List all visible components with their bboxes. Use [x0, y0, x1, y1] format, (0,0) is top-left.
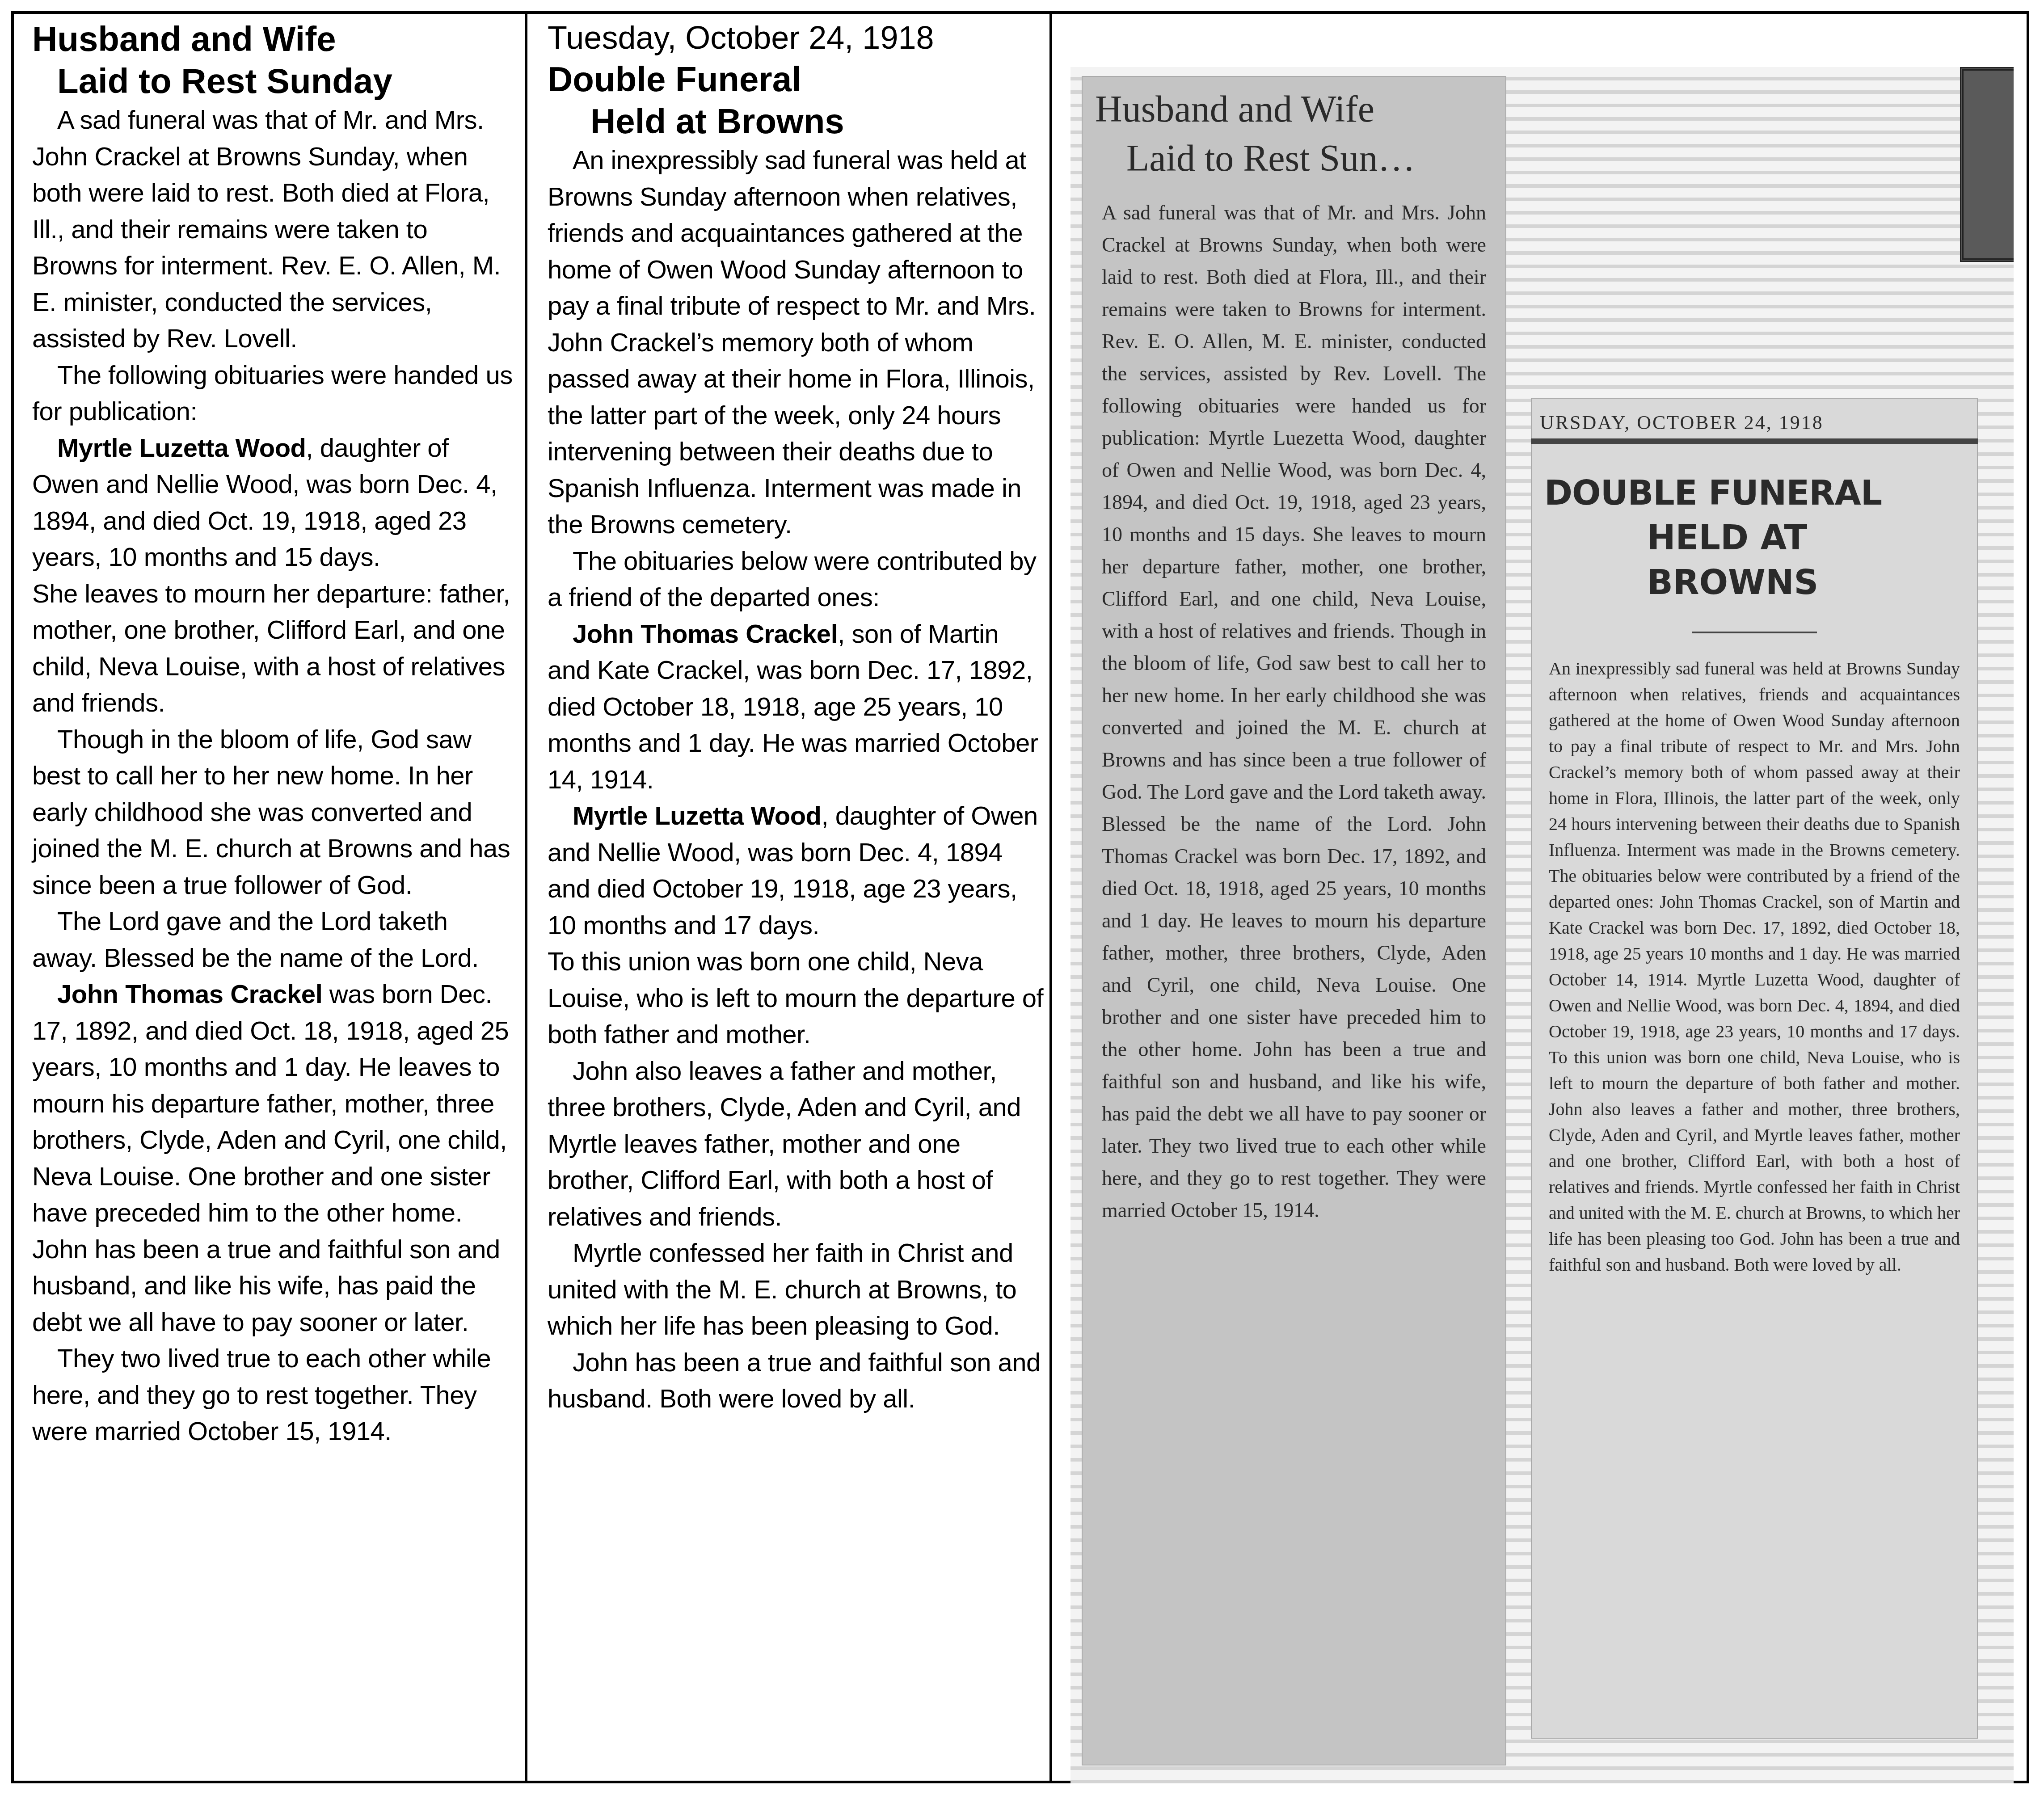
- headline: Husband and Wife Laid to Rest Sunday: [32, 18, 515, 102]
- headline-line-1: Double Funeral: [548, 59, 801, 99]
- clipping-headline-line-2: HELD AT BROWNS: [1531, 515, 1978, 605]
- column-divider: [1049, 11, 1052, 1783]
- paragraph: The obituaries below were contributed by…: [548, 543, 1044, 616]
- obituary-paragraph: John Thomas Crackel, son of Martin and K…: [548, 616, 1044, 798]
- transcription-column-2: Tuesday, October 24, 1918 Double Funeral…: [548, 18, 1044, 1417]
- clipping-body: A sad funeral was that of Mr. and Mrs. J…: [1082, 183, 1506, 1240]
- clipping-rule: [1692, 632, 1817, 633]
- clipping-headline-line-2: Laid to Rest Sun…: [1082, 134, 1506, 183]
- obituary-name: John Thomas Crackel: [573, 619, 838, 649]
- paragraph: John has been a true and faithful son an…: [548, 1344, 1044, 1417]
- obituary-paragraph: Myrtle Luzetta Wood, daughter of Owen an…: [548, 798, 1044, 944]
- paragraph: They two lived true to each other while …: [32, 1340, 515, 1450]
- article-body: A sad funeral was that of Mr. and Mrs. J…: [32, 102, 515, 1450]
- article-body: An inexpressibly sad funeral was held at…: [548, 142, 1044, 1417]
- clipping-double-funeral: URSDAY, OCTOBER 24, 1918 DOUBLE FUNERAL …: [1531, 398, 1978, 1739]
- clipping-headline-line-1: Husband and Wife: [1082, 76, 1506, 134]
- paragraph: Though in the bloom of life, God saw bes…: [32, 721, 515, 904]
- paragraph: The Lord gave and the Lord taketh away. …: [32, 903, 515, 976]
- paragraph: To this union was born one child, Neva L…: [548, 944, 1044, 1053]
- paragraph: John also leaves a father and mother, th…: [548, 1053, 1044, 1235]
- column-divider: [525, 11, 527, 1783]
- clipping-husband-and-wife: Husband and Wife Laid to Rest Sun… A sad…: [1082, 76, 1506, 1765]
- obituary-name: John Thomas Crackel: [57, 980, 322, 1009]
- obituary-name: Myrtle Luzetta Wood: [57, 434, 306, 463]
- paragraph: Myrtle confessed her faith in Christ and…: [548, 1235, 1044, 1344]
- paragraph: An inexpressibly sad funeral was held at…: [548, 142, 1044, 543]
- clipping-headline-line-1: DOUBLE FUNERAL: [1531, 444, 1978, 515]
- headline-line-2: Held at Browns: [548, 100, 1044, 142]
- paragraph: A sad funeral was that of Mr. and Mrs. J…: [32, 102, 515, 357]
- headline: Double Funeral Held at Browns: [548, 58, 1044, 142]
- newspaper-clipping-scan: Husband and Wife Laid to Rest Sun… A sad…: [1070, 67, 2014, 1783]
- dateline: Tuesday, October 24, 1918: [548, 18, 1044, 58]
- paragraph: The following obituaries were handed us …: [32, 357, 515, 430]
- obituary-paragraph: Myrtle Luzetta Wood, daughter of Owen an…: [32, 430, 515, 576]
- clipping-dateline: URSDAY, OCTOBER 24, 1918: [1531, 398, 1978, 444]
- paragraph: She leaves to mourn her departure: fathe…: [32, 576, 515, 721]
- ornamental-photo-frame: [1960, 67, 2014, 262]
- headline-line-1: Husband and Wife: [32, 19, 336, 59]
- clipping-body: An inexpressibly sad funeral was held at…: [1531, 647, 1978, 1287]
- transcription-column-1: Husband and Wife Laid to Rest Sunday A s…: [32, 18, 515, 1450]
- headline-line-2: Laid to Rest Sunday: [32, 60, 515, 102]
- obituary-name: Myrtle Luzetta Wood: [573, 801, 822, 830]
- obituary-paragraph: John Thomas Crackel was born Dec. 17, 18…: [32, 976, 515, 1340]
